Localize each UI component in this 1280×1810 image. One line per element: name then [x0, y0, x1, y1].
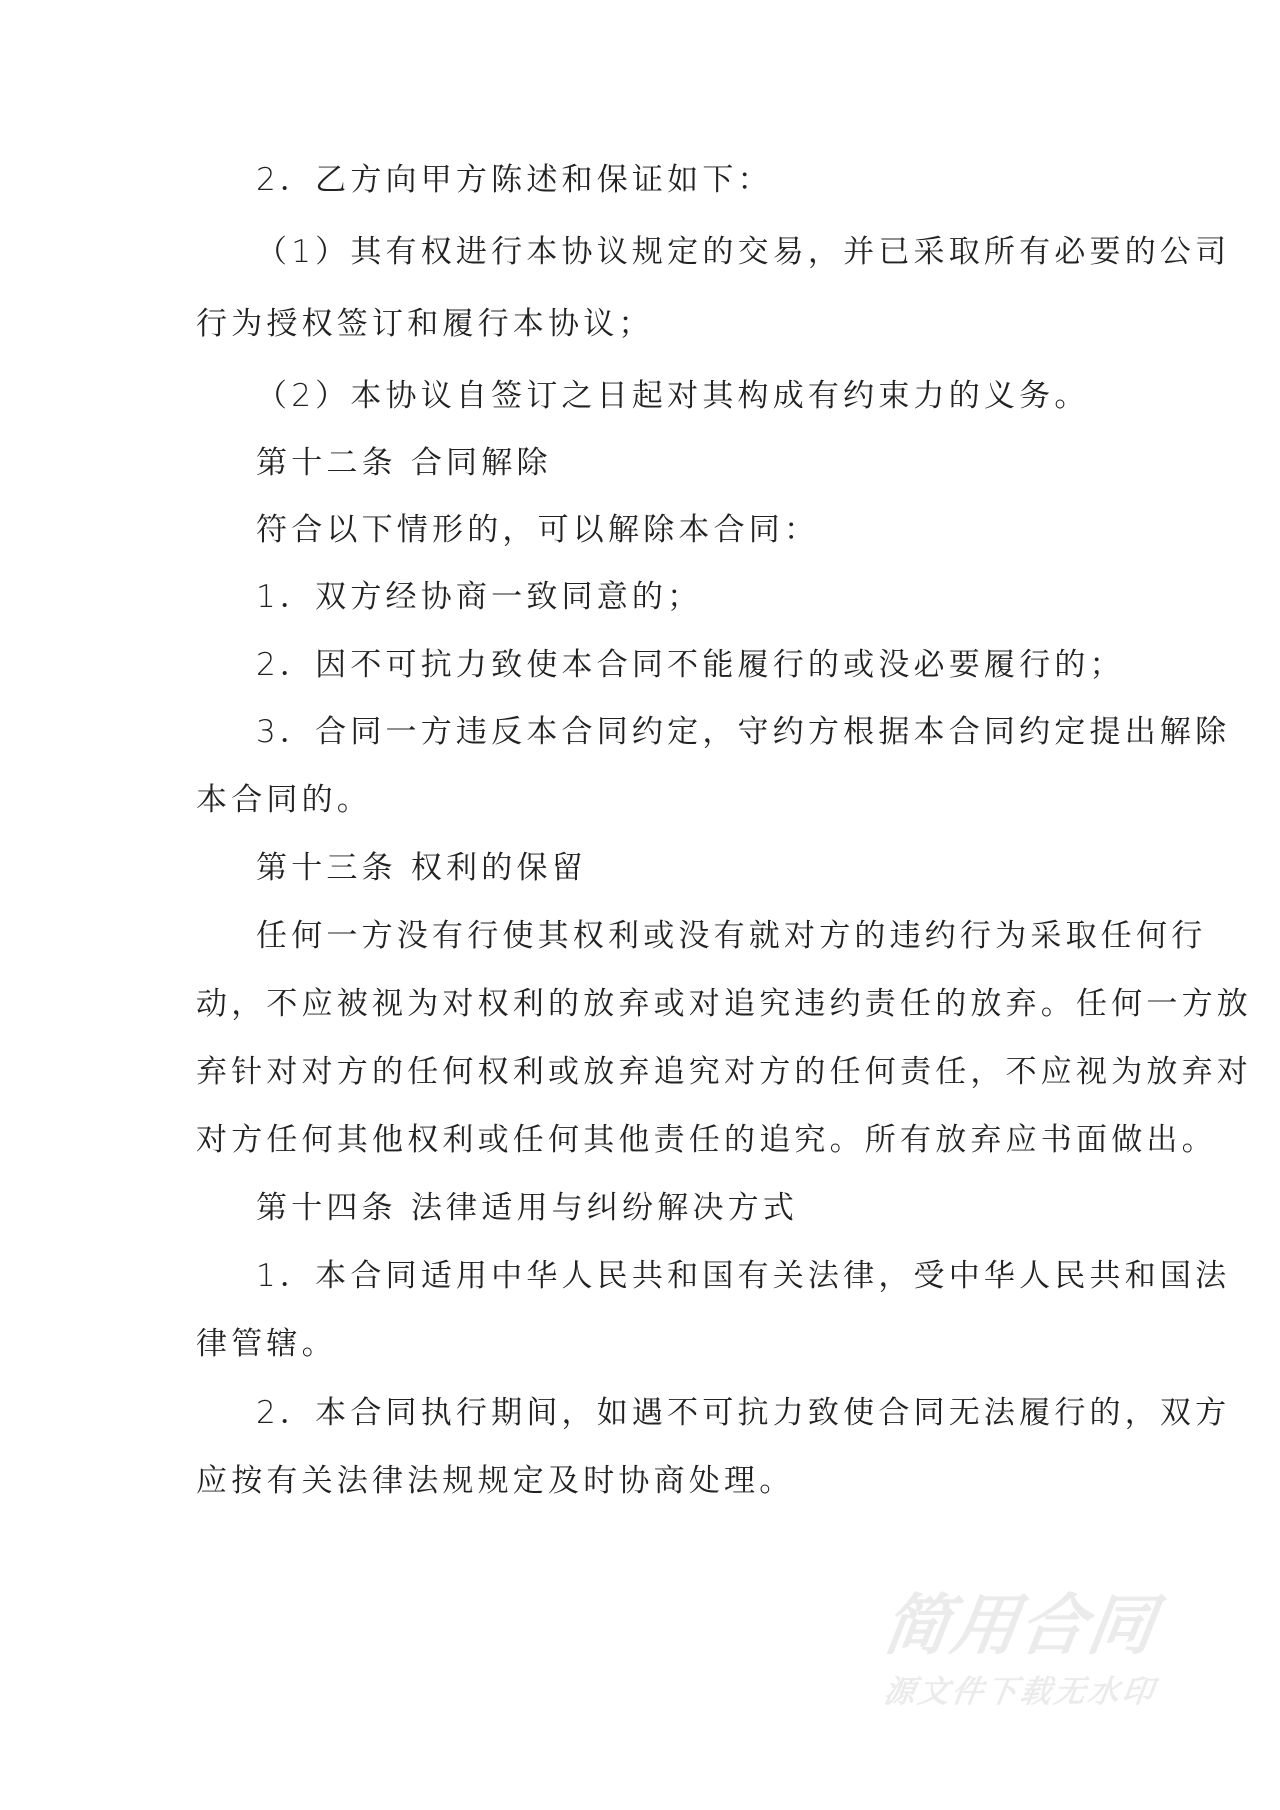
watermark-title: 简用合同: [879, 1590, 1209, 1662]
document-page: 2．乙方向甲方陈述和保证如下： （1）其有权进行本协议规定的交易，并已采取所有必…: [0, 0, 1280, 1810]
paragraph-line: 本合同的。: [196, 780, 372, 820]
paragraph-line: （2）本协议自签订之日起对其构成有约束力的义务。: [256, 376, 1090, 416]
section-heading: 第十四条 法律适用与纠纷解决方式: [256, 1188, 798, 1228]
paragraph-line: 律管辖。: [196, 1324, 337, 1364]
paragraph-line: 符合以下情形的，可以解除本合同：: [256, 510, 819, 550]
paragraph-line: 1．本合同适用中华人民共和国有关法律，受中华人民共和国法: [256, 1256, 1230, 1296]
paragraph-line: 弃针对对方的任何权利或放弃追究对方的任何责任，不应视为放弃对: [196, 1052, 1252, 1092]
watermark: 简用合同 源文件下载无水印: [884, 1590, 1204, 1712]
section-heading: 第十三条 权利的保留: [256, 848, 587, 888]
paragraph-line: 行为授权签订和履行本协议；: [196, 304, 654, 344]
paragraph-line: 动，不应被视为对权利的放弃或对追究违约责任的放弃。任何一方放: [196, 984, 1252, 1024]
paragraph-line: 应按有关法律法规规定及时协商处理。: [196, 1461, 794, 1501]
paragraph-line: 2．因不可抗力致使本合同不能履行的或没必要履行的；: [256, 645, 1125, 685]
paragraph-line: 任何一方没有行使其权利或没有就对方的违约行为采取任何行: [256, 916, 1206, 956]
paragraph-line: 对方任何其他权利或任何其他责任的追究。所有放弃应书面做出。: [196, 1120, 1217, 1160]
paragraph-line: 2．乙方向甲方陈述和保证如下：: [256, 160, 773, 200]
watermark-subtitle: 源文件下载无水印: [881, 1672, 1207, 1712]
paragraph-line: （1）其有权进行本协议规定的交易，并已采取所有必要的公司: [256, 232, 1230, 272]
section-heading: 第十二条 合同解除: [256, 443, 552, 483]
paragraph-line: 3．合同一方违反本合同约定，守约方根据本合同约定提出解除: [256, 712, 1230, 752]
paragraph-line: 1．双方经协商一致同意的；: [256, 577, 702, 617]
paragraph-line: 2．本合同执行期间，如遇不可抗力致使合同无法履行的，双方: [256, 1393, 1230, 1433]
